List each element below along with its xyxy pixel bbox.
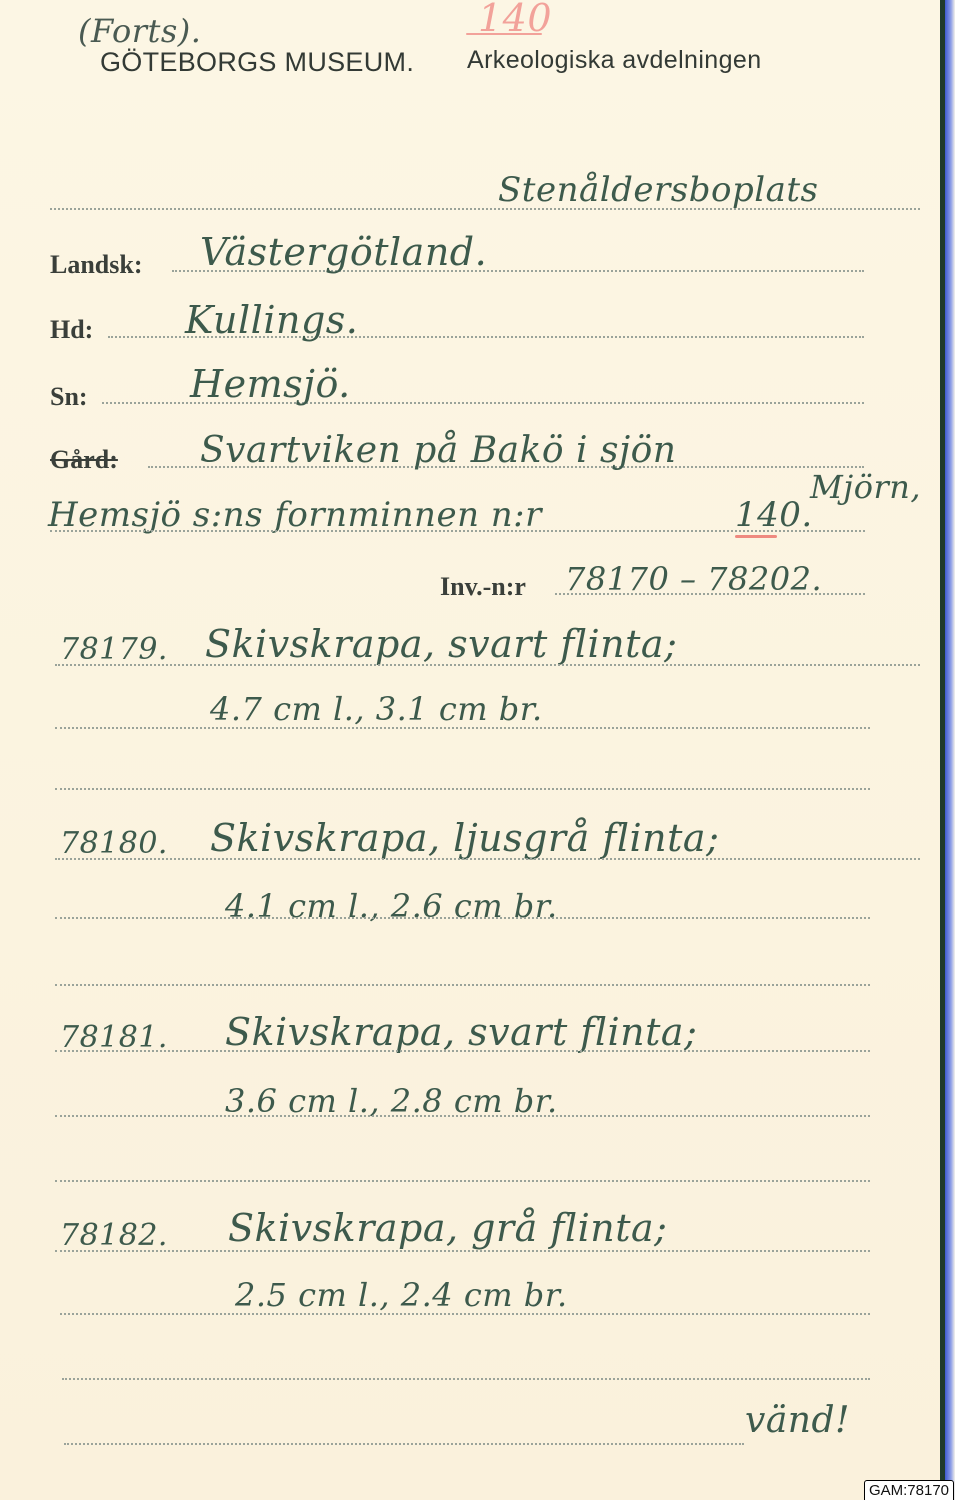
dotted-line	[55, 984, 870, 986]
dotted-line	[64, 1443, 744, 1445]
dotted-line	[55, 1115, 870, 1117]
gard-value: Svartviken på Bakö i sjön	[200, 430, 677, 471]
dotted-line	[60, 1313, 870, 1315]
landsk-value: Västergötland.	[200, 230, 487, 274]
site-type: Stenåldersboplats	[498, 170, 818, 210]
red-underline	[735, 535, 777, 538]
dotted-line	[55, 788, 870, 790]
sn-value: Hemsjö.	[190, 362, 351, 406]
hd-label: Hd:	[50, 315, 93, 345]
landsk-label: Landsk:	[50, 250, 143, 280]
turn-over-note: vänd!	[745, 1400, 850, 1441]
forts-annotation: (Forts).	[78, 12, 201, 50]
entry-number: 78179.	[60, 632, 168, 667]
gard-insert: Mjörn,	[810, 468, 921, 506]
entry-dimensions: 4.1 cm l., 2.6 cm br.	[225, 887, 558, 925]
dotted-line	[50, 208, 920, 210]
hd-value: Kullings.	[185, 298, 358, 342]
entry-number: 78180.	[60, 826, 168, 861]
red-underline	[466, 33, 542, 35]
dotted-line	[62, 1378, 870, 1380]
gard-ref-number: 140.	[735, 495, 813, 535]
archive-id-stamp: GAM:78170	[864, 1480, 954, 1500]
gard-label: Gård:	[50, 445, 118, 475]
gard-continuation: Hemsjö s:ns fornminnen n:r	[48, 495, 542, 535]
dotted-line	[55, 858, 920, 860]
dotted-line	[55, 1180, 870, 1182]
entry-description: Skivskrapa, grå flinta;	[228, 1206, 667, 1250]
dotted-line	[55, 727, 870, 729]
entry-description: Skivskrapa, svart flinta;	[225, 1010, 697, 1054]
dotted-line	[55, 664, 920, 666]
scan-border	[945, 0, 955, 1500]
inv-label: Inv.-n:r	[440, 572, 526, 602]
inv-value: 78170 – 78202.	[565, 560, 822, 598]
catalog-card: (Forts). 140 GÖTEBORGS MUSEUM. Arkeologi…	[0, 0, 942, 1500]
department-name: Arkeologiska avdelningen	[467, 46, 762, 75]
dotted-line	[55, 917, 870, 919]
institution-name: GÖTEBORGS MUSEUM.	[100, 47, 414, 78]
sn-label: Sn:	[50, 382, 88, 412]
dotted-line	[50, 530, 865, 532]
entry-dimensions: 2.5 cm l., 2.4 cm br.	[235, 1276, 568, 1314]
dotted-line	[55, 1050, 870, 1052]
entry-number: 78182.	[60, 1218, 168, 1253]
entry-description: Skivskrapa, svart flinta;	[205, 622, 677, 666]
entry-description: Skivskrapa, ljusgrå flinta;	[210, 816, 719, 860]
dotted-line	[55, 1250, 870, 1252]
entry-dimensions: 4.7 cm l., 3.1 cm br.	[210, 690, 543, 728]
